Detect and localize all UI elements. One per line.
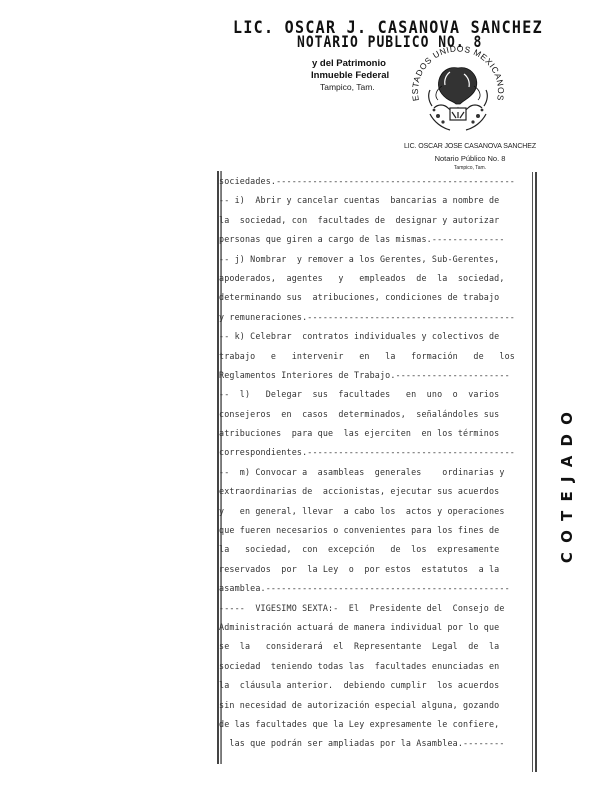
document-text-line: -- j) Nombrar y remover a los Gerentes, … — [219, 250, 533, 269]
document-text-line: trabajo e intervenir en la formación de … — [219, 347, 533, 366]
document-body-text: sociedades.-----------------------------… — [219, 172, 533, 754]
document-text-line: determinando sus atribuciones, condicion… — [219, 288, 533, 307]
seal-caption-name: LIC. OSCAR JOSE CASANOVA SANCHEZ — [380, 143, 560, 150]
document-text-line: correspondientes.-----------------------… — [219, 443, 533, 462]
document-text-line: personas que giren a cargo de las mismas… — [219, 230, 533, 249]
mexican-coat-of-arms-icon: ESTADOS UNIDOS MEXICANOS — [408, 42, 508, 140]
document-text-line: Administración actuará de manera individ… — [219, 618, 533, 637]
right-margin-rule — [535, 172, 537, 772]
document-text-line: Reglamentos Interiores de Trabajo.------… — [219, 366, 533, 385]
letterhead-city: Tampico, Tam. — [320, 82, 375, 92]
seal-caption-notario: Notario Público No. 8 — [380, 154, 560, 163]
document-text-line: y en general, llevar a cabo los actos y … — [219, 502, 533, 521]
document-text-line: atribuciones para que las ejerciten en l… — [219, 424, 533, 443]
document-text-line: que fueren necesarios o convenientes par… — [219, 521, 533, 540]
document-text-line: se la considerará el Representante Legal… — [219, 637, 533, 656]
document-text-line: apoderados, agentes y empleados de la so… — [219, 269, 533, 288]
document-text-line: la sociedad, con facultades de designar … — [219, 211, 533, 230]
document-text-line: de las facultades que la Ley expresament… — [219, 715, 533, 734]
cotejado-stamp-text: COTEJADO — [558, 403, 576, 563]
document-text-line: las que podrán ser ampliadas por la Asam… — [219, 734, 533, 753]
document-text-line: sin necesidad de autorización especial a… — [219, 696, 533, 715]
letterhead-inmueble-line: Inmueble Federal — [311, 70, 389, 81]
document-text-line: sociedad teniendo todas las facultades e… — [219, 657, 533, 676]
document-text-line: -- k) Celebrar contratos individuales y … — [219, 327, 533, 346]
document-text-line: -- m) Convocar a asambleas generales ord… — [219, 463, 533, 482]
document-text-line: sociedades.-----------------------------… — [219, 172, 533, 191]
document-text-line: la sociedad, con excepción de los expres… — [219, 540, 533, 559]
document-text-line: extraordinarias de accionistas, ejecutar… — [219, 482, 533, 501]
document-text-line: ----- VIGESIMO SEXTA:- El Presidente del… — [219, 599, 533, 618]
document-text-line: -- i) Abrir y cancelar cuentas bancarias… — [219, 191, 533, 210]
cotejado-stamp: COTEJADO — [557, 397, 577, 569]
seal-caption-city: Tampico, Tam. — [380, 165, 560, 171]
document-text-line: -- l) Delegar sus facultades en uno o va… — [219, 385, 533, 404]
notarial-document-page: LIC. OSCAR J. CASANOVA SANCHEZ NOTARIO P… — [0, 0, 595, 792]
document-text-line: reservados por la Ley o por estos estatu… — [219, 560, 533, 579]
letterhead-patrimonio-line: y del Patrimonio — [312, 58, 386, 69]
document-text-line: la cláusula anterior. debiendo cumplir l… — [219, 676, 533, 695]
document-text-line: consejeros en casos determinados, señalá… — [219, 405, 533, 424]
document-text-line: y remuneraciones.-----------------------… — [219, 308, 533, 327]
document-text-line: asamblea.-------------------------------… — [219, 579, 533, 598]
